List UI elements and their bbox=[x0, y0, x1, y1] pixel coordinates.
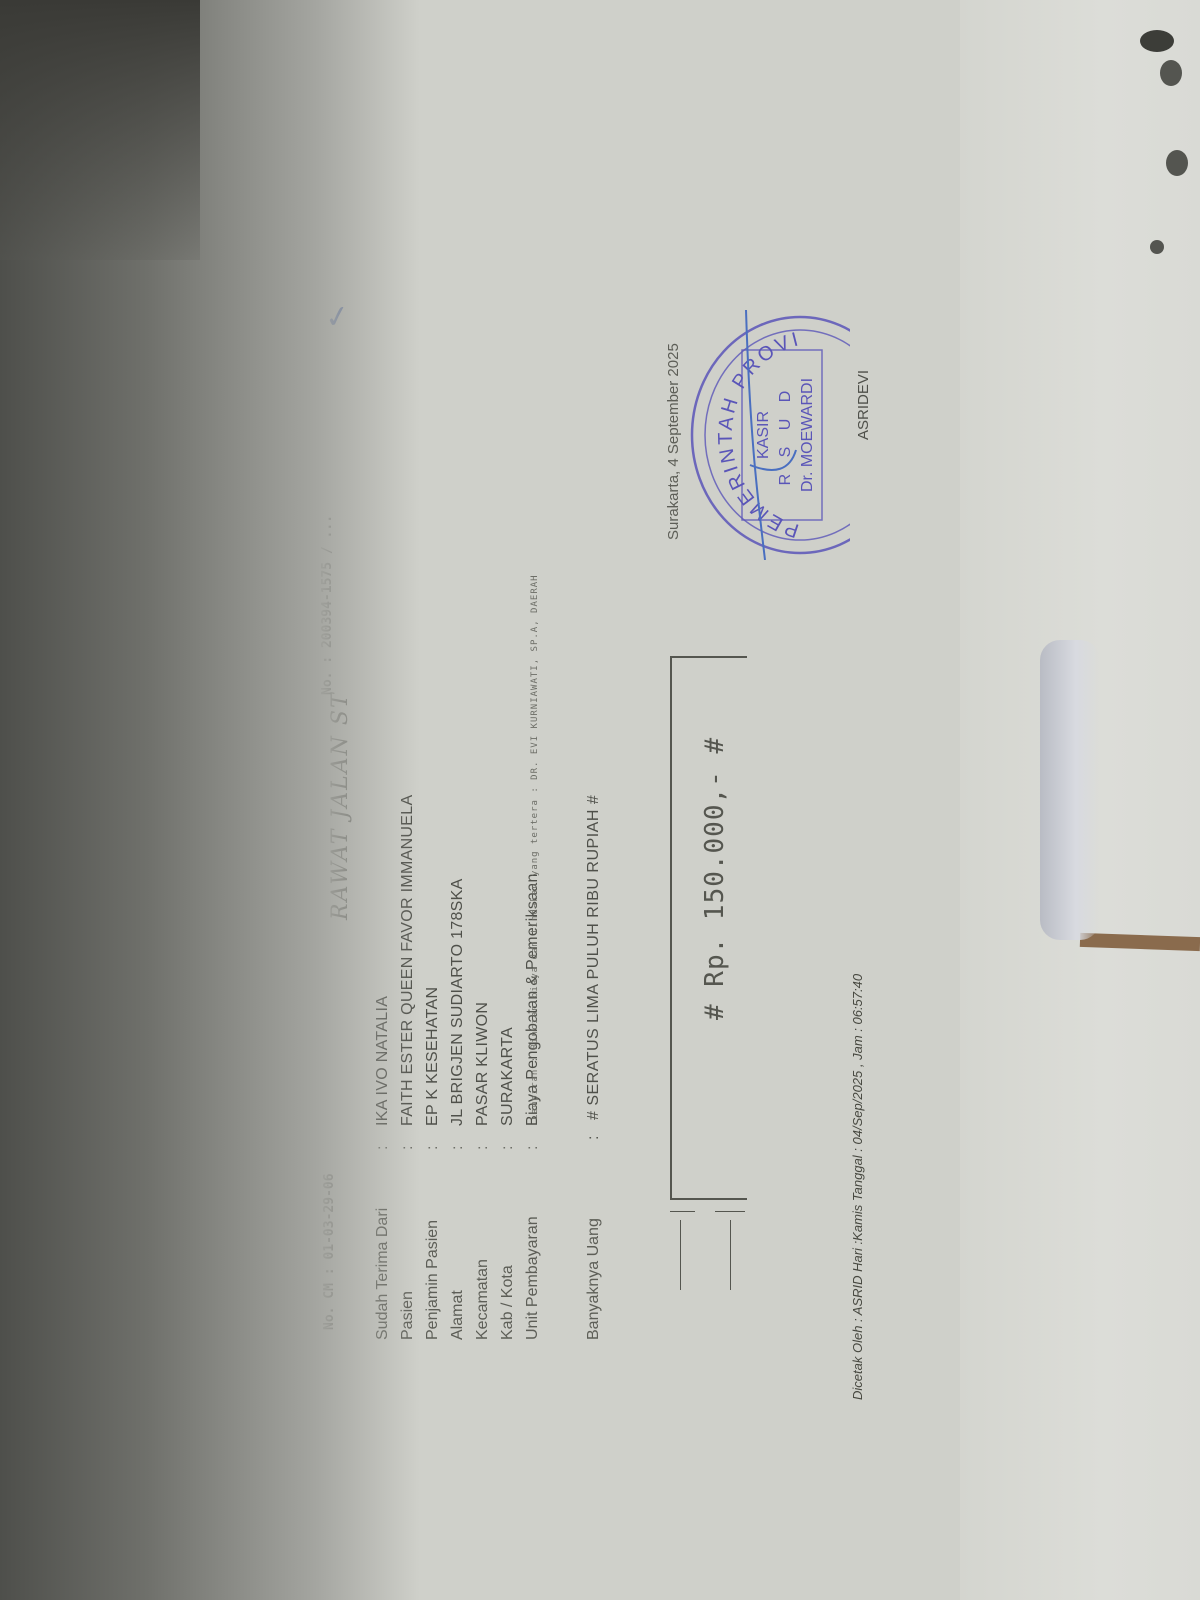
field-row: Kecamatan : PASAR KLIWON bbox=[470, 795, 495, 1340]
paper-curl bbox=[1040, 640, 1100, 940]
official-stamp-icon: PEMERINTAH PROVINSI KASIR R S U D Dr. MO… bbox=[680, 310, 850, 560]
printed-by-footer: Dicetak Oleh : ASRID Hari :Kamis Tanggal… bbox=[850, 974, 865, 1400]
photo-shadow-top bbox=[0, 0, 200, 260]
svg-text:R S U D: R S U D bbox=[777, 385, 794, 486]
field-row: Kab / Kota : SURAKARTA bbox=[495, 795, 520, 1340]
svg-text:KASIR: KASIR bbox=[755, 411, 772, 459]
svg-text:Dr. MOEWARDI: Dr. MOEWARDI bbox=[799, 378, 816, 492]
field-row: Alamat : JL BRIGJEN SUDIARTO 178SKA bbox=[445, 795, 470, 1340]
amount-box-dashes bbox=[655, 1198, 755, 1290]
field-row: Penjamin Pasien : EP K KESEHATAN bbox=[420, 795, 445, 1340]
cashier-name: ASRIDEVI bbox=[855, 370, 872, 440]
amount-total: # Rp. 150.000,- # bbox=[700, 737, 730, 1020]
binder-holes bbox=[1140, 0, 1200, 300]
amount-in-words: Banyaknya Uang : # SERATUS LIMA PULUH RI… bbox=[585, 795, 603, 1340]
attachment-note: Lampiran : Rincian biaya dan tindakan ya… bbox=[530, 574, 540, 1120]
